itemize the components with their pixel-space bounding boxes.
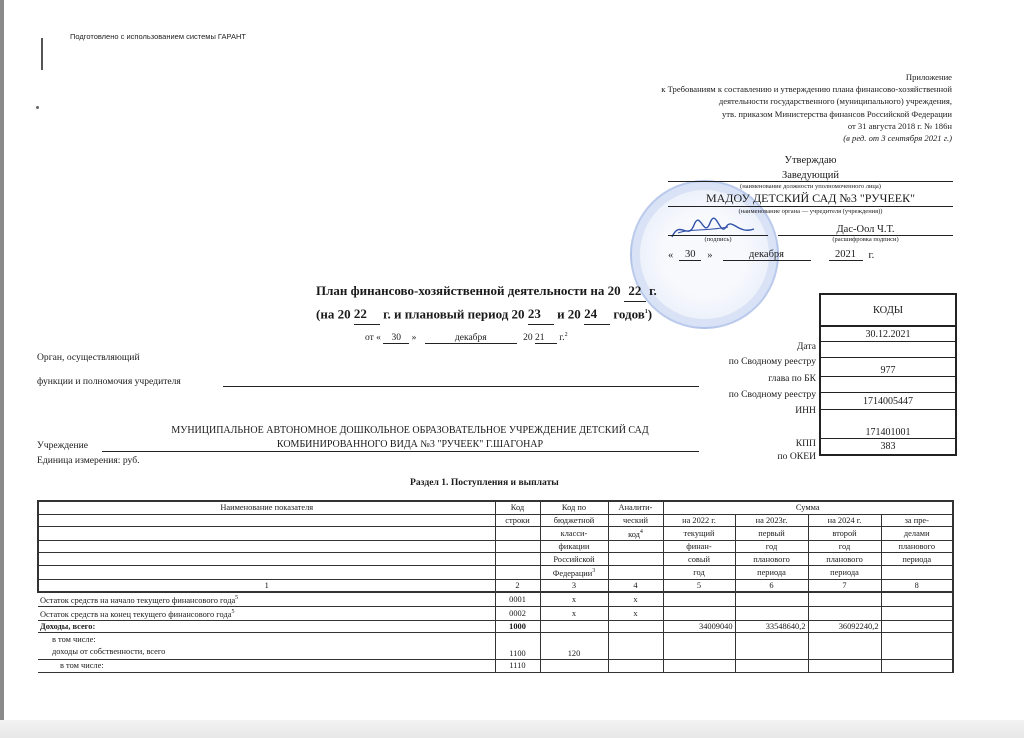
column-number: 3 — [540, 579, 608, 592]
row-name-text: в том числе: — [40, 661, 104, 670]
row-analytic: x — [608, 606, 663, 620]
date-year-prefix: 20 — [523, 333, 533, 343]
plan-day: 30 — [383, 333, 409, 344]
code-inn: 1714005447 — [821, 393, 955, 410]
header-y2023-cont: планового — [735, 553, 808, 566]
row-analytic: x — [608, 592, 663, 606]
code-label-registry: по Сводному реестру — [729, 354, 816, 369]
header-kbk-cont: Российской — [540, 553, 608, 566]
appendix-line: от 31 августа 2018 г. № 186н — [661, 120, 952, 132]
period-close: ) — [648, 306, 652, 321]
founder-label-1: Орган, осуществляющий — [37, 352, 140, 363]
institution-name: МУНИЦИПАЛЬНОЕ АВТОНОМНОЕ ДОШКОЛЬНОЕ ОБРА… — [120, 424, 700, 452]
column-number: 8 — [881, 579, 953, 592]
header-blank — [38, 553, 495, 566]
row-code: 1110 — [495, 660, 540, 673]
table-row: Остаток средств на начало текущего финан… — [38, 592, 953, 606]
row-analytic — [608, 633, 663, 660]
header-kbk-federation: Федерации — [553, 569, 593, 578]
code-date: 30.12.2021 — [821, 327, 955, 342]
row-kbk — [540, 660, 608, 673]
row-y2023 — [735, 660, 808, 673]
header-beyond-cont: делами — [881, 527, 953, 541]
approval-day: 30 — [679, 249, 701, 261]
title-suffix: г. — [649, 283, 657, 298]
header-analytic-code: код — [628, 530, 640, 539]
approver-position: Заведующий — [668, 170, 953, 182]
row-y2024 — [808, 633, 881, 660]
unit-label: Единица измерения: руб. — [37, 455, 139, 466]
approver-position-caption: (наименование должности уполномоченного … — [668, 182, 953, 191]
institution-name-line-1: МУНИЦИПАЛЬНОЕ АВТОНОМНОЕ ДОШКОЛЬНОЕ ОБРА… — [120, 424, 700, 438]
plan-year-2: 23 — [528, 304, 554, 325]
row-name-text: Остаток средств на конец текущего финанс… — [40, 610, 231, 619]
row-kbk: x — [540, 606, 608, 620]
header-blank — [38, 540, 495, 553]
header-blank — [495, 565, 540, 579]
header-y2023-cont: периода — [735, 565, 808, 579]
header-beyond-cont: периода — [881, 553, 953, 566]
title-year: 22 — [624, 281, 646, 302]
header-y2022: на 2022 г. — [663, 514, 735, 527]
row-kbk: x — [540, 592, 608, 606]
header-y2024-cont: второй — [808, 527, 881, 541]
institution-underline — [102, 451, 699, 452]
header-analytic: Аналити- — [608, 501, 663, 514]
header-blank — [495, 527, 540, 541]
scan-bottom-edge — [0, 720, 1024, 738]
approver-organization: МАДОУ ДЕТСКИЙ САД №3 "РУЧЕЕК" — [668, 191, 953, 207]
table-row: в том числе: 1110 — [38, 660, 953, 673]
code-registry — [821, 342, 955, 358]
row-beyond — [881, 592, 953, 606]
header-y2024: на 2024 г. — [808, 514, 881, 527]
footnote-ref: 4 — [640, 529, 643, 535]
code-bk: 977 — [821, 358, 955, 377]
header-blank — [495, 540, 540, 553]
quote-open: « — [668, 250, 673, 261]
row-y2022 — [663, 660, 735, 673]
header-analytic-cont: код4 — [608, 527, 663, 541]
column-number: 6 — [735, 579, 808, 592]
row-name: Остаток средств на конец текущего финанс… — [38, 606, 495, 620]
receipts-payments-table: Наименование показателя Код Код по Анали… — [37, 500, 954, 673]
row-name-subheading: в том числе: — [40, 634, 493, 646]
signer-name-caption: (расшифровка подписи) — [778, 236, 953, 243]
header-sum: Сумма — [663, 501, 953, 514]
row-kbk — [540, 620, 608, 633]
header-blank — [608, 553, 663, 566]
approver-organization-caption: (наименование органа — учредителя (учреж… — [668, 207, 953, 216]
code-label-inn: ИНН — [729, 402, 816, 419]
header-y2022-cont: год — [663, 565, 735, 579]
header-y2022-cont: финан- — [663, 540, 735, 553]
signature-line — [668, 219, 768, 236]
header-name-cont — [38, 514, 495, 527]
row-y2022: 34009040 — [663, 620, 735, 633]
approval-block: Утверждаю Заведующий (наименование должн… — [668, 155, 953, 261]
header-y2023-cont: первый — [735, 527, 808, 541]
period-prefix: (на 20 — [316, 306, 351, 321]
code-registry-2 — [821, 377, 955, 393]
column-number: 1 — [38, 579, 495, 592]
header-y2022-cont: текущий — [663, 527, 735, 541]
code-label-okei: по ОКЕИ — [729, 449, 816, 464]
header-code: Код — [495, 501, 540, 514]
founder-label-2: функции и полномочия учредителя — [37, 376, 181, 387]
row-y2022 — [663, 592, 735, 606]
row-name: в том числе: доходы от собственности, вс… — [38, 633, 495, 660]
plan-year-3: 24 — [584, 304, 610, 325]
table-row: в том числе: доходы от собственности, вс… — [38, 633, 953, 660]
header-blank — [881, 565, 953, 579]
row-code: 1100 — [495, 633, 540, 660]
table-row: Доходы, всего: 1000 34009040 33548640,2 … — [38, 620, 953, 633]
header-kbk-cont: Федерации3 — [540, 565, 608, 579]
title-prefix: План финансово-хозяйственной деятельност… — [316, 283, 621, 298]
row-name-text: доходы от собственности, всего — [40, 646, 493, 658]
row-y2023 — [735, 633, 808, 660]
plan-year: 21 — [535, 333, 557, 344]
header-blank — [608, 565, 663, 579]
header-kbk-cont: класси- — [540, 527, 608, 541]
codes-header: КОДЫ — [821, 295, 955, 327]
approval-year-suffix: г. — [869, 250, 875, 261]
row-code: 0002 — [495, 606, 540, 620]
row-y2024 — [808, 660, 881, 673]
date-close: » — [412, 333, 417, 343]
code-kpp: 171401001 — [821, 410, 955, 439]
header-code-cont: строки — [495, 514, 540, 527]
row-name: Доходы, всего: — [38, 620, 495, 633]
appendix-block: Приложение к Требованиям к составлению и… — [661, 71, 952, 144]
codes-table: КОДЫ 30.12.2021 977 1714005447 171401001… — [819, 293, 957, 456]
row-beyond — [881, 620, 953, 633]
date-prefix: от « — [365, 333, 381, 343]
header-name: Наименование показателя — [38, 501, 495, 514]
institution-name-line-2: КОМБИНИРОВАННОГО ВИДА №3 "РУЧЕЕК" Г.ШАГО… — [120, 438, 700, 452]
approval-month: декабря — [723, 249, 811, 261]
header-beyond: за пре- — [881, 514, 953, 527]
quote-close: » — [707, 250, 712, 261]
header-beyond-cont: планового — [881, 540, 953, 553]
header-y2024-cont: периода — [808, 565, 881, 579]
row-name-text: Остаток средств на начало текущего финан… — [40, 596, 235, 605]
plan-date: от « 30 » декабря 20 21 г.2 — [365, 332, 568, 344]
header-kbk-cont: фикации — [540, 540, 608, 553]
period-mid: г. и плановый период 20 — [383, 306, 524, 321]
header-y2022-cont: совый — [663, 553, 735, 566]
plan-month: декабря — [425, 333, 517, 344]
header-analytic-cont: ческий — [608, 514, 663, 527]
footnote-ref: 3 — [592, 568, 595, 574]
row-y2023: 33548640,2 — [735, 620, 808, 633]
row-beyond — [881, 660, 953, 673]
header-y2023-cont: год — [735, 540, 808, 553]
row-name: в том числе: — [38, 660, 495, 673]
code-label-date: Дата — [729, 339, 816, 354]
period-and: и 20 — [557, 306, 581, 321]
appendix-line: Приложение — [661, 71, 952, 83]
row-y2022 — [663, 633, 735, 660]
row-analytic — [608, 660, 663, 673]
period-year: 22 — [354, 304, 380, 325]
column-number: 4 — [608, 579, 663, 592]
footnote-ref: 5 — [231, 609, 234, 615]
code-label-kpp: КПП — [729, 419, 816, 449]
column-number: 7 — [808, 579, 881, 592]
header-blank — [38, 565, 495, 579]
codes-labels: Дата по Сводному реестру глава по БК по … — [729, 339, 816, 464]
appendix-edition: (в ред. от 3 сентября 2021 г.) — [661, 132, 952, 144]
row-analytic — [608, 620, 663, 633]
row-y2024: 36092240,2 — [808, 620, 881, 633]
row-code: 0001 — [495, 592, 540, 606]
header-y2024-cont: год — [808, 540, 881, 553]
table-row: Остаток средств на конец текущего финанс… — [38, 606, 953, 620]
header-blank — [495, 553, 540, 566]
footnote-ref: 5 — [235, 595, 238, 601]
scan-edge — [0, 0, 4, 738]
signer-name: Дас-Оол Ч.Т. — [778, 224, 953, 236]
header-blank — [38, 527, 495, 541]
row-name: Остаток средств на начало текущего финан… — [38, 592, 495, 606]
section-title: Раздел 1. Поступления и выплаты — [410, 477, 559, 488]
header-kbk: Код по — [540, 501, 608, 514]
header-blank — [608, 540, 663, 553]
code-label-registry-2: по Сводному реестру — [729, 387, 816, 402]
footnote-ref: 2 — [565, 332, 568, 338]
scan-speck — [36, 106, 39, 109]
row-y2023 — [735, 592, 808, 606]
founder-field — [223, 376, 699, 387]
row-y2024 — [808, 592, 881, 606]
signature-caption: (подпись) — [668, 236, 768, 243]
institution-label: Учреждение — [37, 440, 88, 451]
row-kbk: 120 — [540, 633, 608, 660]
column-number: 2 — [495, 579, 540, 592]
approval-year: 2021 — [829, 249, 863, 261]
row-code: 1000 — [495, 620, 540, 633]
column-number: 5 — [663, 579, 735, 592]
approve-word: Утверждаю — [668, 155, 953, 166]
row-beyond — [881, 606, 953, 620]
row-beyond — [881, 633, 953, 660]
row-y2023 — [735, 606, 808, 620]
header-kbk-cont: бюджетной — [540, 514, 608, 527]
document-title: План финансово-хозяйственной деятельност… — [316, 281, 657, 325]
appendix-line: деятельности государственного (муниципал… — [661, 95, 952, 107]
margin-mark — [41, 38, 43, 70]
code-okei: 383 — [821, 439, 955, 454]
garant-note: Подготовлено с использованием системы ГА… — [70, 32, 246, 41]
header-y2023: на 2023г. — [735, 514, 808, 527]
row-y2024 — [808, 606, 881, 620]
appendix-line: утв. приказом Министерства финансов Росс… — [661, 108, 952, 120]
period-suffix: годов — [613, 306, 644, 321]
header-y2024-cont: планового — [808, 553, 881, 566]
row-y2022 — [663, 606, 735, 620]
code-label-bk: глава по БК — [729, 369, 816, 387]
appendix-line: к Требованиям к составлению и утверждени… — [661, 83, 952, 95]
